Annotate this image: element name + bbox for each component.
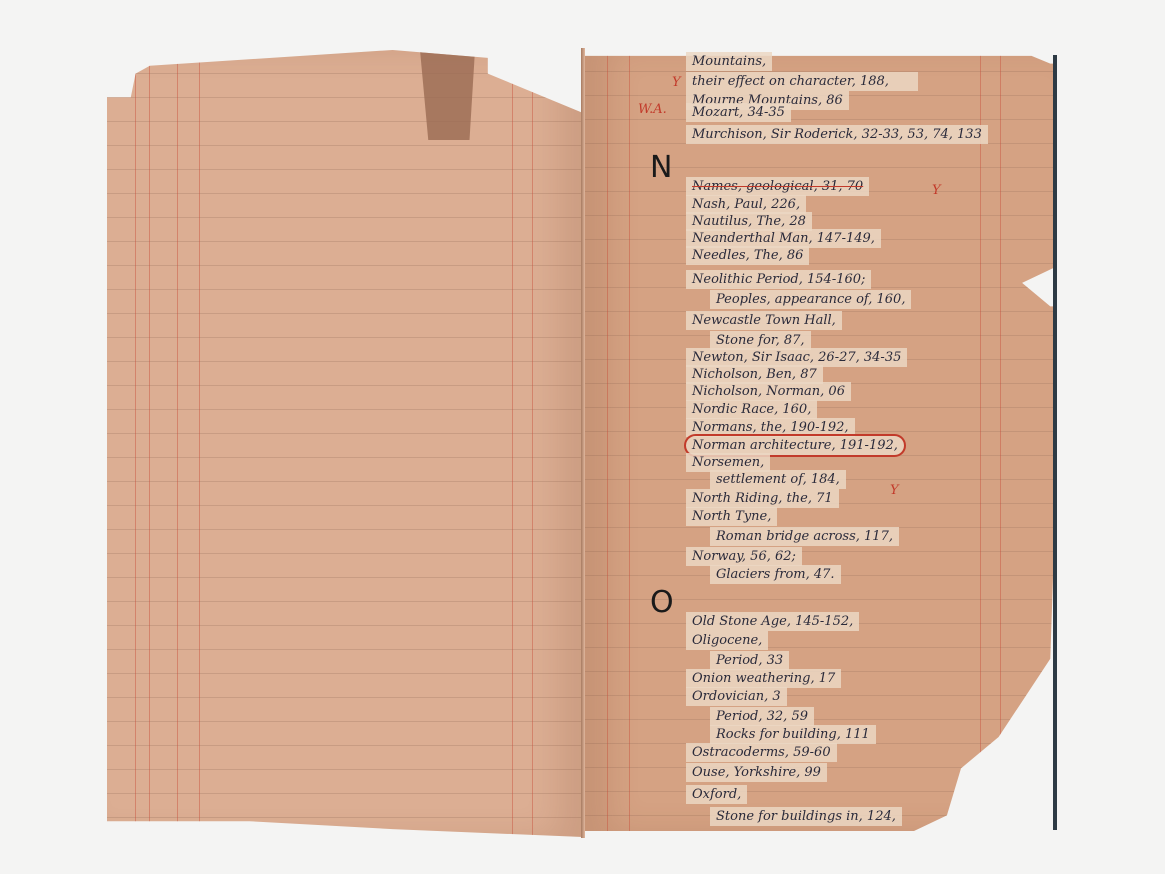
- red-annotation: Y: [932, 183, 941, 198]
- index-entry: Mountains,: [686, 52, 772, 71]
- red-annotation: W.A.: [638, 102, 667, 117]
- red-annotation: Y: [890, 483, 899, 498]
- index-entry: Oligocene,: [686, 631, 768, 650]
- index-entry: Period, 32, 59: [710, 707, 814, 726]
- index-entry: Needles, The, 86: [686, 246, 809, 265]
- index-entry: Ordovician, 3: [686, 687, 787, 706]
- red-annotation: Y: [672, 75, 681, 90]
- book-spine: [581, 48, 585, 838]
- index-entry: Normans, the, 190-192,: [686, 418, 855, 437]
- index-entry: Rocks for building, 111: [710, 725, 876, 744]
- index-entry: Glaciers from, 47.: [710, 565, 841, 584]
- section-letter-o: O: [650, 585, 674, 620]
- index-entry: Oxford,: [686, 785, 747, 804]
- index-entry: Nicholson, Norman, 06: [686, 382, 851, 401]
- index-entry: Nordic Race, 160,: [686, 400, 817, 419]
- index-entry: Names, geological, 31, 70: [686, 177, 869, 196]
- index-entry: Peoples, appearance of, 160,: [710, 290, 911, 309]
- index-entry: Period, 33: [710, 651, 789, 670]
- index-entry: Stone for buildings in, 124,: [710, 807, 902, 826]
- index-entry: Ouse, Yorkshire, 99: [686, 763, 827, 782]
- index-entry: Onion weathering, 17: [686, 669, 841, 688]
- index-entry: settlement of, 184,: [710, 470, 846, 489]
- index-entry: Norway, 56, 62;: [686, 547, 802, 566]
- open-notebook: N O W.A. Y Y Y Mountains, their effect o…: [0, 0, 1165, 874]
- index-entry: Ostracoderms, 59-60: [686, 743, 837, 762]
- section-letter-n: N: [650, 150, 672, 185]
- index-entry: North Tyne,: [686, 507, 777, 526]
- torn-stain: [420, 50, 475, 140]
- index-entry: Newcastle Town Hall,: [686, 311, 842, 330]
- index-entry: Murchison, Sir Roderick, 32-33, 53, 74, …: [686, 125, 988, 144]
- index-entry: North Riding, the, 71: [686, 489, 839, 508]
- index-entry: Roman bridge across, 117,: [710, 527, 899, 546]
- left-page: [107, 50, 583, 837]
- index-entry: Old Stone Age, 145-152,: [686, 612, 859, 631]
- index-entry: Neolithic Period, 154-160;: [686, 270, 871, 289]
- index-entry: Mozart, 34-35: [686, 103, 791, 122]
- page-edge: [1053, 55, 1057, 830]
- index-entry: their effect on character, 188,: [686, 72, 918, 91]
